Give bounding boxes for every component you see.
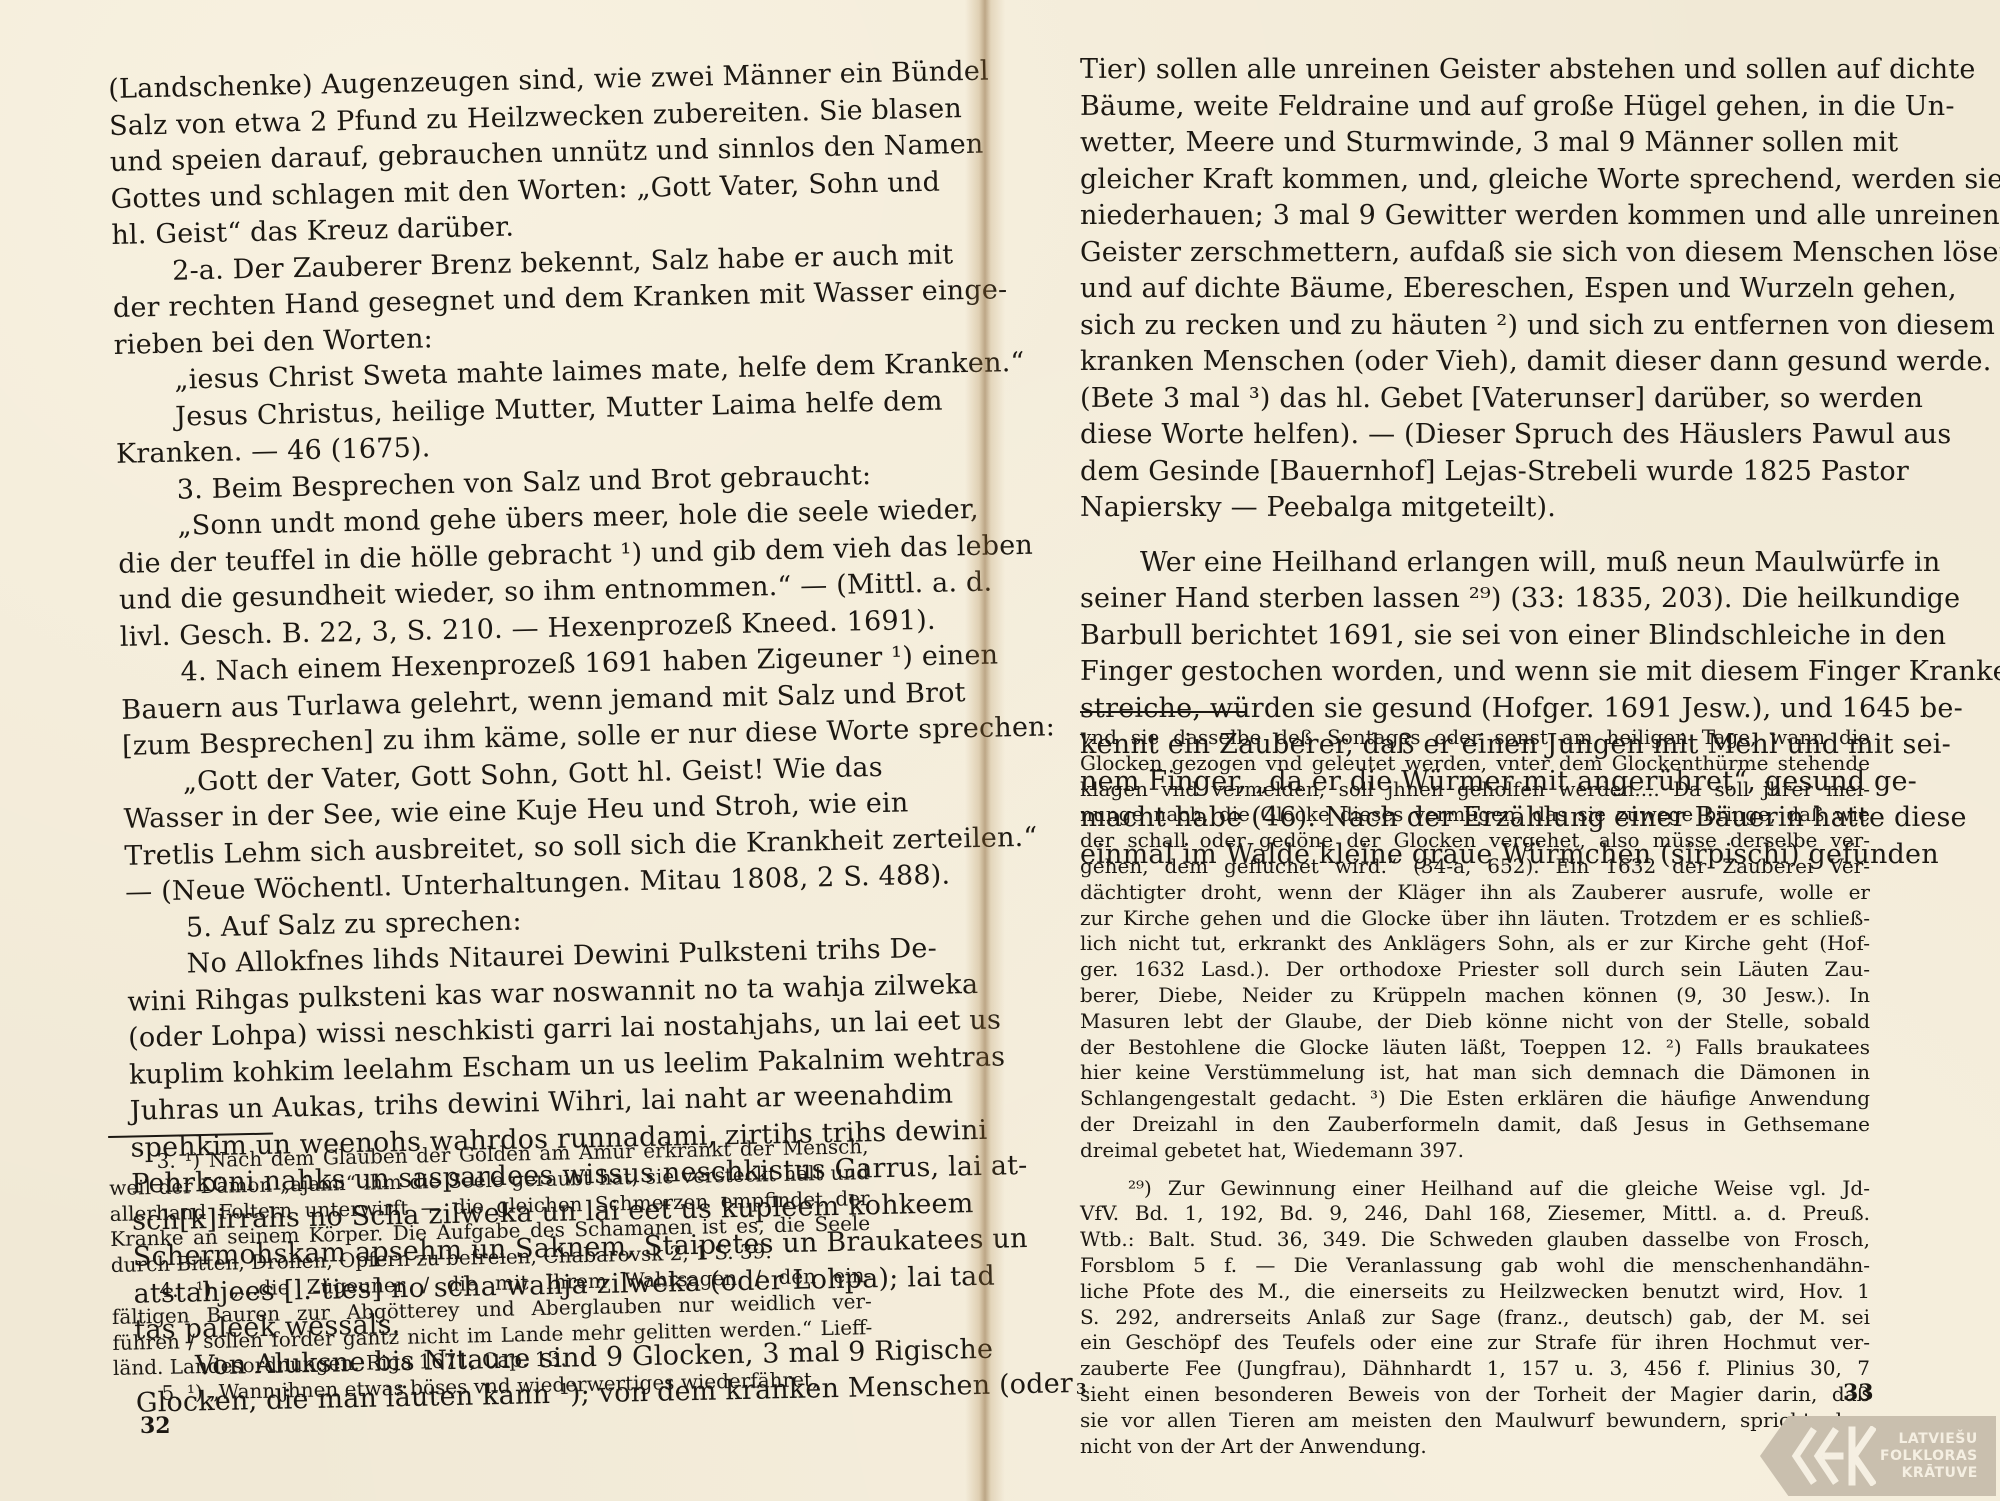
footnote-line: ein Geschöpf des Teufels oder eine zur S…: [1080, 1330, 1870, 1356]
left-page: (Landschenke) Augenzeugen sind, wie zwei…: [0, 0, 975, 1501]
footnote-line: nunge nach, die Glocke dieses vermügen, …: [1080, 802, 1870, 828]
footnote-line: dreimal gebetet hat, Wiedemann 397.: [1080, 1138, 1870, 1164]
footnote-line: liche Pfote des M., die einerseits zu He…: [1080, 1279, 1870, 1305]
footnote-line: hier keine Verstümmelung ist, hat man si…: [1080, 1060, 1870, 1086]
footnote-line: klagen vnd vermelden, soll jhnen geholfe…: [1080, 777, 1870, 803]
footnote-line: S. 292, andrerseits Anlaß zur Sage (fran…: [1080, 1305, 1870, 1331]
left-page-footnotes: 3. ¹) Nach dem Glauben der Golden am Amu…: [108, 1114, 874, 1408]
footnote-line: Glocken gezogen vnd geleutet werden, vnt…: [1080, 751, 1870, 777]
right-page-footnotes: vnd sie dasselbe deß Sontages oder sonst…: [1080, 705, 1870, 1459]
logo-text: LATVIEŠU FOLKLORAS KRĀTUVE: [1880, 1431, 1978, 1482]
text-line: sich zu recken und zu häuten ²) und sich…: [1080, 308, 1870, 345]
footnote-line: VfV. Bd. 1, 192, Bd. 9, 246, Dahl 168, Z…: [1080, 1201, 1870, 1227]
lfk-logo-icon: [1788, 1426, 1876, 1486]
text-line: Napiersky — Peebalga mitgeteilt).: [1080, 490, 1870, 527]
footnote-line: lich nicht tut, erkrankt des Anklägers S…: [1080, 931, 1870, 957]
footnote-line: Masuren lebt der Glaube, der Dieb könne …: [1080, 1009, 1870, 1035]
text-line: wetter, Meere und Sturmwinde, 3 mal 9 Mä…: [1080, 125, 1870, 162]
paragraph-gap: [1080, 1164, 1870, 1176]
footnote-line: nicht von der Art der Anwendung.: [1080, 1434, 1870, 1460]
paragraph-gap: [1080, 527, 1870, 545]
footnote-line: der Dreizahl in den Zauberformeln damit,…: [1080, 1112, 1870, 1138]
text-line: gleicher Kraft kommen, und, gleiche Wort…: [1080, 162, 1870, 199]
footnote-line: Forsblom 5 f. — Die Veranlassung gab woh…: [1080, 1253, 1870, 1279]
text-line: diese Worte helfen). — (Dieser Spruch de…: [1080, 417, 1870, 454]
text-line: Bäume, weite Feldraine und auf große Hüg…: [1080, 89, 1870, 126]
footnote-line: Schlangengestalt gedacht. ³) Die Esten e…: [1080, 1086, 1870, 1112]
text-line: Wer eine Heilhand erlangen will, muß neu…: [1080, 545, 1870, 582]
text-line: seiner Hand sterben lassen ²⁹) (33: 1835…: [1080, 581, 1870, 618]
footnote-line: ²⁹) Zur Gewinnung einer Heilhand auf die…: [1080, 1176, 1870, 1202]
footnote-line: der Bestohlene die Glocke läuten läßt, T…: [1080, 1035, 1870, 1061]
footnote-line: Wtb.: Balt. Stud. 36, 349. Die Schweden …: [1080, 1227, 1870, 1253]
text-line: (Bete 3 mal ³) das hl. Gebet [Vaterunser…: [1080, 381, 1870, 418]
archive-watermark-logo: LATVIEŠU FOLKLORAS KRĀTUVE: [1760, 1416, 1996, 1496]
right-page: Tier) sollen alle unreinen Geister abste…: [975, 0, 2000, 1501]
footnote-line: sieht einen besonderen Beweis von der To…: [1080, 1382, 1870, 1408]
text-line: niederhauen; 3 mal 9 Gewitter werden kom…: [1080, 198, 1870, 235]
text-line: Geister zerschmettern, aufdaß sie sich v…: [1080, 235, 1870, 272]
logo-line-2: FOLKLORAS: [1880, 1448, 1978, 1465]
footnote-line: der schall oder gedöne der Glocken verge…: [1080, 828, 1870, 854]
footnote-line: zur Kirche gehen und die Glocke über ihn…: [1080, 906, 1870, 932]
logo-line-1: LATVIEŠU: [1880, 1431, 1978, 1448]
footnote-line: zauberte Fee (Jungfrau), Dähnhardt 1, 15…: [1080, 1356, 1870, 1382]
logo-line-3: KRĀTUVE: [1880, 1465, 1978, 1482]
footnote-line: vnd sie dasselbe deß Sontages oder sonst…: [1080, 725, 1870, 751]
footnote-rule: [108, 1133, 273, 1138]
text-line: und auf dichte Bäume, Ebereschen, Espen …: [1080, 271, 1870, 308]
text-line: kranken Menschen (oder Vieh), damit dies…: [1080, 344, 1870, 381]
book-spread: (Landschenke) Augenzeugen sind, wie zwei…: [0, 0, 2000, 1501]
text-line: Finger gestochen worden, und wenn sie mi…: [1080, 654, 1870, 691]
footnote-line: berer, Diebe, Neider zu Krüppeln machen …: [1080, 983, 1870, 1009]
footnote-line: dächtigter droht, wenn der Kläger ihn al…: [1080, 880, 1870, 906]
page-number-left: 32: [140, 1413, 171, 1439]
footnote-line: sie vor allen Tieren am meisten den Maul…: [1080, 1408, 1870, 1434]
text-line: dem Gesinde [Bauernhof] Lejas-Strebeli w…: [1080, 454, 1870, 491]
page-number-right: 33: [1843, 1380, 1874, 1406]
signature-mark: 3: [1076, 1380, 1086, 1398]
text-line: Tier) sollen alle unreinen Geister abste…: [1080, 52, 1870, 89]
footnote-rule: [1080, 711, 1245, 713]
footnote-line: ger. 1632 Lasd.). Der orthodoxe Priester…: [1080, 957, 1870, 983]
footnote-line: gehen, dem gefluchet wird.“ (34-a, 652).…: [1080, 854, 1870, 880]
text-line: Barbull berichtet 1691, sie sei von eine…: [1080, 618, 1870, 655]
